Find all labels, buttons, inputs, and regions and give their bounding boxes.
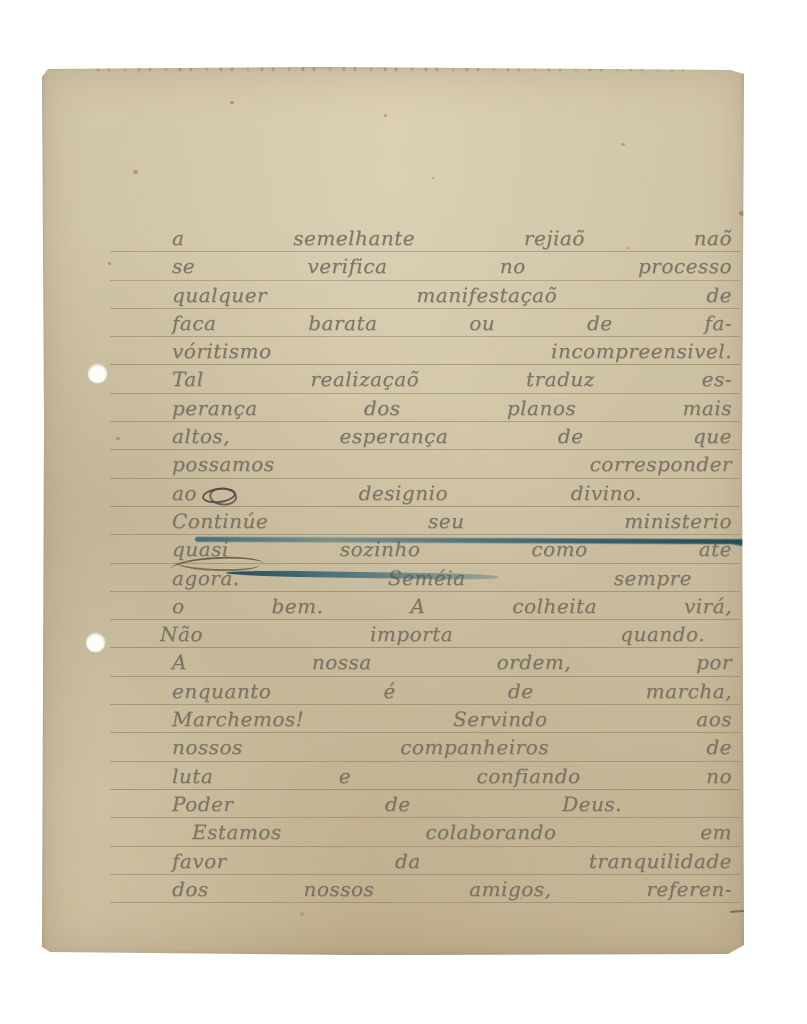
handwritten-text: se verifica no processo: [172, 252, 732, 280]
manuscript-line: possamos corresponder: [110, 450, 740, 478]
foxing-spot: [133, 170, 138, 174]
manuscript-line: A nossa ordem, por: [110, 648, 740, 676]
manuscript-line: luta e confiando no: [110, 762, 740, 790]
manuscript-line: se verifica no processo: [110, 252, 740, 280]
handwritten-text: possamos corresponder: [172, 450, 732, 478]
handwritten-word: divino.: [571, 479, 642, 507]
punch-hole-bottom: [86, 633, 105, 652]
foxing-spot: [300, 912, 304, 916]
handwritten-word: ao: [172, 479, 197, 507]
manuscript-line-underlined: Continúe seu ministerio: [110, 507, 740, 535]
handwritten-text: qualquer manifestaçaõ de: [172, 281, 732, 309]
manuscript-line: perança dos planos mais: [110, 394, 740, 422]
handwritten-text: Estamos colaborando em: [192, 818, 732, 846]
manuscript-line: faca barata ou de fa-: [110, 309, 740, 337]
punch-hole-top: [88, 364, 107, 383]
manuscript-line: Marchemos! Servindo aos: [110, 705, 740, 733]
foxing-spot: [384, 114, 387, 117]
manuscript-line: Tal realizaçaõ traduz es-: [110, 365, 740, 393]
manuscript-line: Não importa quando.: [110, 620, 740, 648]
handwritten-text: enquanto é de marcha,: [172, 677, 732, 705]
handwritten-text: ao designio divino.: [172, 479, 642, 507]
handwritten-word: designio: [359, 479, 448, 507]
manuscript-line: favor da tranquilidade: [110, 847, 740, 875]
manuscript-line: Poder de Deus.: [110, 790, 740, 818]
corrected-word-group: ao: [172, 479, 236, 507]
handwritten-text: perança dos planos mais: [172, 394, 732, 422]
paper-edge-grime: [97, 67, 697, 71]
handwritten-text: faca barata ou de fa-: [172, 309, 732, 337]
manuscript-line: a semelhante rejiaõ naõ: [110, 224, 740, 252]
handwritten-text: altos, esperança de que: [172, 422, 732, 450]
handwritten-text: Marchemos! Servindo aos: [172, 705, 732, 733]
manuscript-line: nossos companheiros de: [110, 733, 740, 761]
handwritten-text: luta e confiando no: [172, 762, 732, 790]
handwritten-text: favor da tranquilidade: [172, 847, 732, 875]
foxing-spot: [739, 211, 745, 216]
handwritten-text: nossos companheiros de: [172, 733, 732, 761]
handwritten-text: a semelhante rejiaõ naõ: [172, 224, 732, 252]
handwritten-text: A nossa ordem, por: [172, 648, 732, 676]
handwritten-text: Continúe seu ministerio: [172, 507, 732, 535]
manuscript-paper: a semelhante rejiaõ naõ se verifica no p…: [42, 67, 744, 955]
manuscript-line: o bem. A colheita virá,: [110, 592, 740, 620]
handwritten-text: vóritismo incompreensivel.: [172, 337, 732, 365]
manuscript-line: altos, esperança de que: [110, 422, 740, 450]
foxing-spot: [621, 143, 625, 146]
manuscript-line: qualquer manifestaçaõ de: [110, 281, 740, 309]
manuscript-line: Estamos colaborando em: [110, 818, 740, 846]
handwritten-text: Não importa quando.: [160, 620, 705, 648]
manuscript-line: enquanto é de marcha,: [110, 677, 740, 705]
handwritten-text: Tal realizaçaõ traduz es-: [172, 365, 732, 393]
foxing-spot: [432, 177, 434, 179]
manuscript-line-with-correction: ao designio divino.: [110, 479, 740, 507]
scribble-correction: [201, 486, 237, 505]
handwritten-text: Poder de Deus.: [172, 790, 622, 818]
manuscript-line: vóritismo incompreensivel.: [110, 337, 740, 365]
handwritten-text: dos nossos amigos, referen-: [172, 875, 732, 903]
handwritten-text: o bem. A colheita virá,: [172, 592, 732, 620]
continuation-dash: [730, 909, 756, 913]
foxing-spot: [230, 101, 234, 104]
manuscript-line: dos nossos amigos, referen-: [110, 875, 740, 903]
